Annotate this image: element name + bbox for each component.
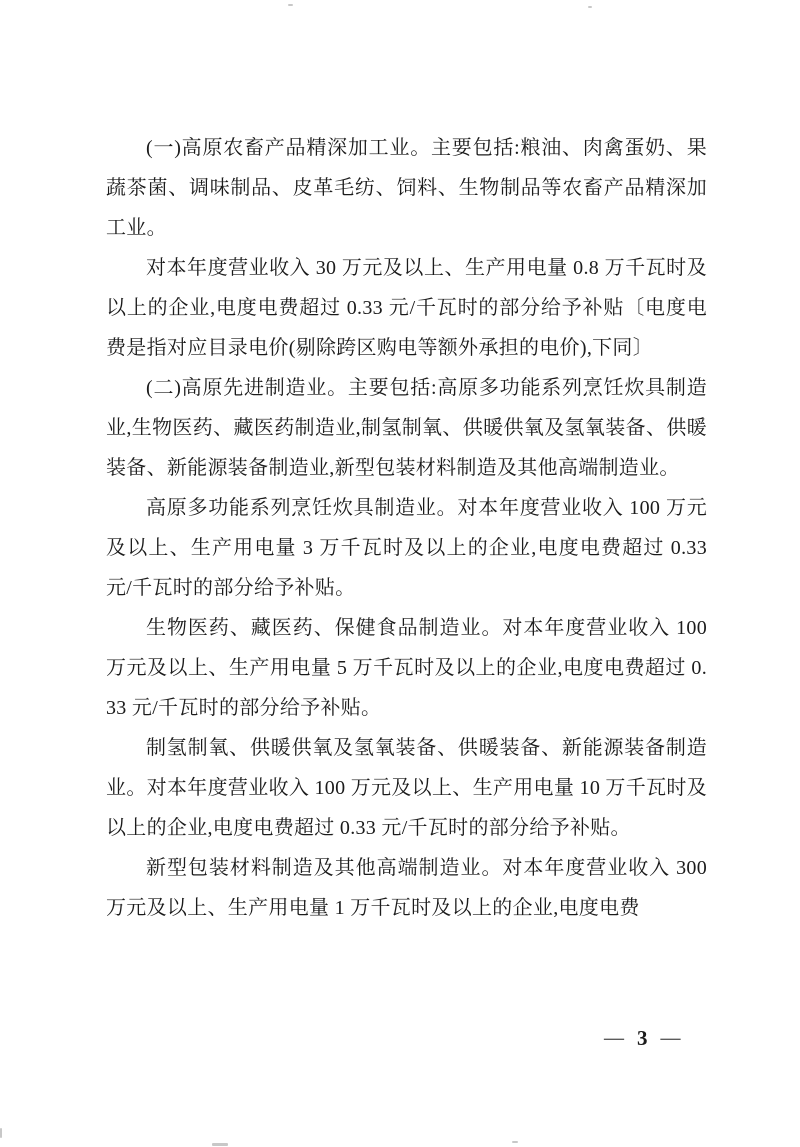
footer-page-number: 3 — [637, 1026, 648, 1050]
paragraph-section-2-advanced-manufacturing: (二)高原先进制造业。主要包括:高原多功能系列烹饪炊具制造业,生物医药、藏医药制… — [106, 368, 707, 488]
footer-dash-left: — — [604, 1026, 624, 1050]
scan-artifact — [512, 1141, 518, 1143]
paragraph-subsidy-rule-cookware: 高原多功能系列烹饪炊具制造业。对本年度营业收入 100 万元及以上、生产用电量 … — [106, 488, 707, 608]
scan-artifact — [588, 6, 592, 8]
paragraph-section-1-agri-products: (一)高原农畜产品精深加工业。主要包括:粮油、肉禽蛋奶、果蔬茶菌、调味制品、皮革… — [106, 128, 707, 248]
paragraph-subsidy-rule-agri: 对本年度营业收入 30 万元及以上、生产用电量 0.8 万千瓦时及以上的企业,电… — [106, 248, 707, 368]
scan-artifact — [0, 1128, 2, 1138]
footer-dash-right: — — [661, 1026, 681, 1050]
paragraph-subsidy-rule-packaging: 新型包装材料制造及其他高端制造业。对本年度营业收入 300 万元及以上、生产用电… — [106, 848, 707, 928]
scan-artifact — [288, 4, 293, 6]
scan-artifact — [212, 1143, 228, 1146]
document-body: (一)高原农畜产品精深加工业。主要包括:粮油、肉禽蛋奶、果蔬茶菌、调味制品、皮革… — [106, 128, 707, 928]
page-number-footer: — 3 — — [604, 1026, 681, 1050]
paragraph-subsidy-rule-hydrogen-equipment: 制氢制氧、供暖供氧及氢氧装备、供暖装备、新能源装备制造业。对本年度营业收入 10… — [106, 728, 707, 848]
paragraph-subsidy-rule-biomedicine: 生物医药、藏医药、保健食品制造业。对本年度营业收入 100 万元及以上、生产用电… — [106, 608, 707, 728]
document-page: (一)高原农畜产品精深加工业。主要包括:粮油、肉禽蛋奶、果蔬茶菌、调味制品、皮革… — [0, 0, 800, 1147]
